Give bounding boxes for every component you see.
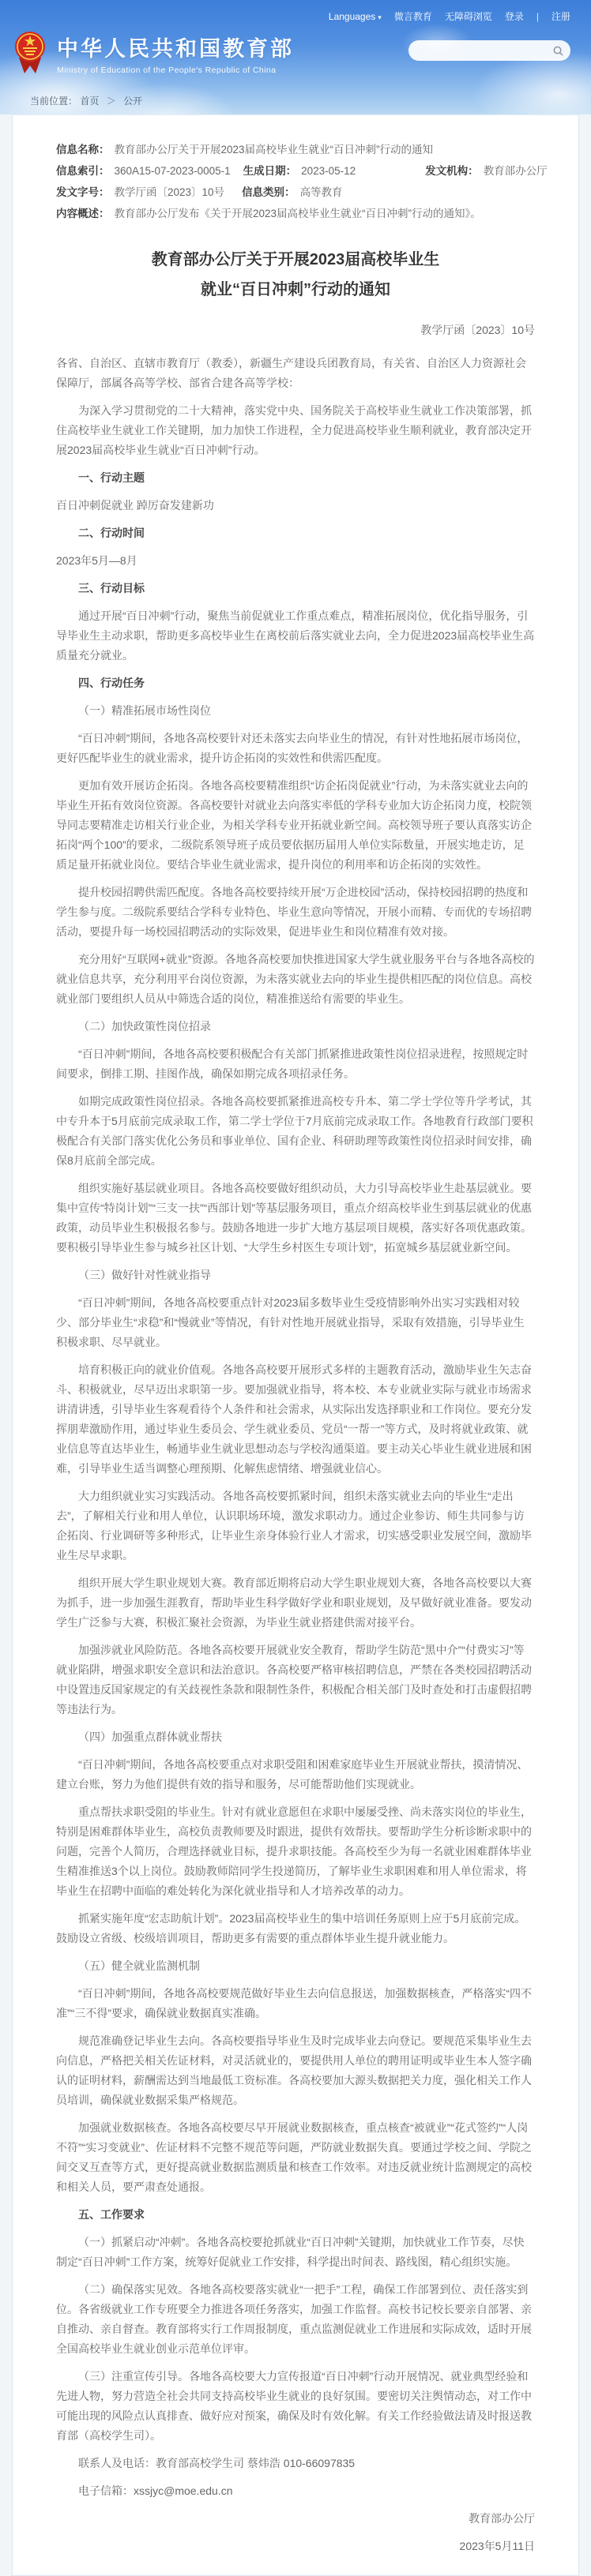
brand-text: 中华人民共和国教育部 Ministry of Education of the … [57, 32, 294, 75]
paragraph: 提升校园招聘供需匹配度。各地各高校要持续开展“万企进校园”活动，保持校园招聘的热… [56, 883, 535, 942]
paragraph: 加强涉就业风险防范。各地各高校要开展就业安全教育，帮助学生防范“黑中介”“付费实… [56, 1640, 535, 1719]
meta-docno: 发文字号： 教学厅函〔2023〕10号 [56, 182, 224, 203]
paragraph: 为深入学习贯彻党的二十大精神，落实党中央、国务院关于高校毕业生就业工作决策部署，… [56, 401, 535, 460]
meta-row-index: 信息索引： 360A15-07-2023-0005-1 生成日期： 2023-0… [56, 160, 535, 182]
meta-row-docno: 发文字号： 教学厅函〔2023〕10号 信息类别： 高等教育 [56, 182, 535, 203]
paragraph: 电子信箱：xssjyc@moe.edu.cn [56, 2481, 535, 2501]
paragraph: 百日冲刺促就业 踔厉奋发建新功 [56, 496, 535, 516]
paragraph: 培育积极正向的就业价值观。各地各高校要开展形式多样的主题教育活动，激励毕业生矢志… [56, 1360, 535, 1479]
search-input[interactable] [418, 45, 552, 56]
paragraph: 充分用好“互联网+就业”资源。各地各高校要加快推进国家大学生就业服务平台与各地各… [56, 950, 535, 1009]
section-heading: 二、行动时间 [56, 523, 535, 543]
meta-summary-label: 内容概述： [56, 203, 110, 224]
breadcrumb: 当前位置： 首页 ＞ 公开 [30, 94, 142, 107]
top-utility-nav: Languages▾ 微言教育 无障碍浏览 登录 | 注册 [0, 0, 591, 23]
paragraph: 如期完成政策性岗位招录。各地各高校要抓紧推进高校专升本、第二学士学位等升学考试，… [56, 1092, 535, 1171]
login-link[interactable]: 登录 [505, 9, 524, 23]
nav-accessibility-link[interactable]: 无障碍浏览 [445, 9, 492, 23]
meta-gen-date: 生成日期： 2023-05-12 [243, 160, 356, 182]
document-title-line2: 就业“百日冲刺”行动的通知 [56, 275, 535, 305]
paragraph: （一）抓紧启动“冲刺”。各地各高校要抢抓就业“百日冲刺”关键期，加快就业工作节奏… [56, 2233, 535, 2272]
paragraph: （三）做好针对性就业指导 [56, 1266, 535, 1285]
paragraph: “百日冲刺”期间，各地各高校要重点对求职受阻和困难家庭毕业生开展就业帮扶，摸清情… [56, 1755, 535, 1794]
paragraph: 组织开展大学生职业规划大赛。教育部近期将启动大学生职业规划大赛，各地各高校要以大… [56, 1573, 535, 1633]
meta-org: 发文机构： 教育部办公厅 [425, 160, 548, 182]
paragraph: 通过开展“百日冲刺”行动，聚焦当前促就业工作重点难点，精准拓展岗位，优化指导服务… [56, 606, 535, 666]
breadcrumb-label: 当前位置： [30, 96, 77, 107]
document-number: 教学厅函〔2023〕10号 [56, 321, 535, 339]
chevron-down-icon: ▾ [378, 13, 382, 22]
meta-index: 信息索引： 360A15-07-2023-0005-1 [56, 160, 231, 182]
meta-row-summary: 内容概述： 教育部办公厅发布《关于开展2023届高校毕业生就业“百日冲刺”行动的… [56, 203, 535, 224]
document-body: 各省、自治区、直辖市教育厅（教委），新疆生产建设兵团教育局，有关省、自治区人力资… [56, 354, 535, 2556]
search-box [408, 40, 570, 61]
paragraph: 重点帮扶求职受阻的毕业生。针对有就业意愿但在求职中屡屡受挫、尚未落实岗位的毕业生… [56, 1802, 535, 1901]
paragraph: “百日冲刺”期间，各地各高校要针对还未落实去向毕业生的情况，有针对性地拓展市场岗… [56, 729, 535, 768]
section-heading: 三、行动目标 [56, 579, 535, 598]
meta-category: 信息类别： 高等教育 [242, 182, 343, 203]
breadcrumb-separator: ＞ [107, 96, 116, 107]
paragraph: 2023年5月—8月 [56, 551, 535, 571]
breadcrumb-current-link[interactable]: 公开 [123, 96, 142, 107]
meta-name-value: 教育部办公厅关于开展2023届高校毕业生就业“百日冲刺”行动的通知 [115, 139, 434, 160]
nav-weiyan-link[interactable]: 微言教育 [394, 9, 432, 23]
site-subtitle: Ministry of Education of the People's Re… [57, 66, 294, 75]
paragraph: 2023年5月11日 [56, 2537, 535, 2556]
meta-summary-value: 教育部办公厅发布《关于开展2023届高校毕业生就业“百日冲刺”行动的通知》。 [115, 203, 481, 224]
meta-row-name: 信息名称： 教育部办公厅关于开展2023届高校毕业生就业“百日冲刺”行动的通知 [56, 139, 535, 160]
paragraph: 各省、自治区、直辖市教育厅（教委），新疆生产建设兵团教育局，有关省、自治区人力资… [56, 354, 535, 393]
paragraph: 教育部办公厅 [56, 2509, 535, 2529]
paragraph: 联系人及电话：教育部高校学生司 蔡炜浩 010-66097835 [56, 2454, 535, 2473]
paragraph: 组织实施好基层就业项目。各地各高校要做好组织动员，大力引导高校毕业生赴基层就业。… [56, 1179, 535, 1258]
paragraph: （一）精准拓展市场性岗位 [56, 701, 535, 721]
section-heading: 五、工作要求 [56, 2205, 535, 2225]
document-meta: 信息名称： 教育部办公厅关于开展2023届高校毕业生就业“百日冲刺”行动的通知 … [56, 139, 535, 224]
meta-name-label: 信息名称： [56, 139, 110, 160]
paragraph: （五）健全就业监测机制 [56, 1956, 535, 1976]
document-title-line1: 教育部办公厅关于开展2023届高校毕业生 [56, 245, 535, 275]
paragraph: （三）注重宣传引导。各地各高校要大力宣传报道“百日冲刺”行动开展情况、就业典型经… [56, 2367, 535, 2446]
national-emblem-icon [13, 31, 47, 75]
site-title: 中华人民共和国教育部 [57, 32, 294, 62]
document-title: 教育部办公厅关于开展2023届高校毕业生 就业“百日冲刺”行动的通知 [56, 245, 535, 305]
search-icon[interactable] [552, 45, 564, 57]
paragraph: （二）加快政策性岗位招录 [56, 1017, 535, 1037]
site-header: Languages▾ 微言教育 无障碍浏览 登录 | 注册 中华人民共和国教育部… [0, 0, 591, 114]
brand-row: 中华人民共和国教育部 Ministry of Education of the … [0, 23, 591, 75]
register-link[interactable]: 注册 [551, 9, 570, 23]
paragraph: “百日冲刺”期间，各地各高校要重点针对2023届多数毕业生受疫情影响外出实习实践… [56, 1293, 535, 1352]
paragraph: 更加有效开展访企拓岗。各地各高校要精准组织“访企拓岗促就业”行动，为未落实就业去… [56, 776, 535, 875]
breadcrumb-home-link[interactable]: 首页 [80, 96, 99, 107]
section-heading: 一、行动主题 [56, 468, 535, 488]
paragraph: 规范准确登记毕业生去向。各高校要指导毕业生及时完成毕业去向登记。要规范采集毕业生… [56, 2031, 535, 2110]
content-card: 信息名称： 教育部办公厅关于开展2023届高校毕业生就业“百日冲刺”行动的通知 … [12, 114, 579, 2576]
paragraph: “百日冲刺”期间，各地各高校要规范做好毕业生去向信息报送，加强数据核查，严格落实… [56, 1984, 535, 2023]
languages-menu[interactable]: Languages▾ [329, 11, 382, 22]
paragraph: （四）加强重点群体就业帮扶 [56, 1727, 535, 1747]
nav-divider: | [536, 11, 539, 22]
paragraph: 加强就业数据核查。各地各高校要尽早开展就业数据核查，重点核查“被就业”“花式签约… [56, 2118, 535, 2197]
page: Languages▾ 微言教育 无障碍浏览 登录 | 注册 中华人民共和国教育部… [0, 0, 591, 2576]
paragraph: “百日冲刺”期间，各地各高校要积极配合有关部门抓紧推进政策性岗位招录进程，按照规… [56, 1044, 535, 1084]
paragraph: 大力组织就业实习实践活动。各地各高校要抓紧时间，组织未落实就业去向的毕业生“走出… [56, 1487, 535, 1565]
paragraph: （二）确保落实见效。各地各高校要落实就业“一把手”工程，确保工作部署到位、责任落… [56, 2280, 535, 2359]
section-heading: 四、行动任务 [56, 673, 535, 693]
paragraph: 抓紧实施年度“宏志助航计划”。2023届高校毕业生的集中培训任务原则上应于5月底… [56, 1909, 535, 1948]
